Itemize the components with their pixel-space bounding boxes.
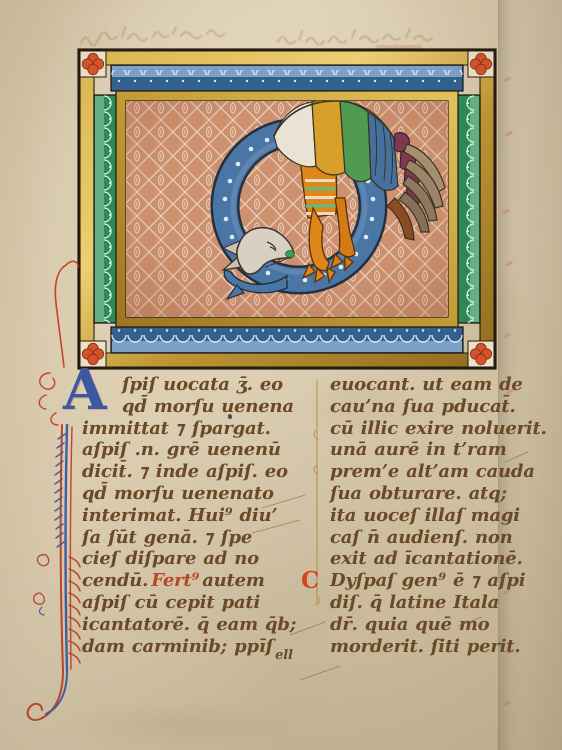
edge-mark <box>505 260 513 266</box>
edge-mark <box>503 700 511 706</box>
ink-blot <box>228 414 232 419</box>
manuscript-line: immittat ⁊ ſpargat. <box>82 418 328 440</box>
manuscript-line: dam carminib; ppīſell <box>82 636 328 658</box>
manuscript-line: qd̄ morſu uenenato <box>82 483 328 505</box>
line-text: Dyſpaſ gen⁹ ē ⁊ aſpi <box>330 570 525 591</box>
edge-mark <box>503 76 511 82</box>
manuscript-line: dicit̄. ⁊ inde aſpiſ. eo <box>82 461 328 483</box>
interlinear-insertion: ell <box>275 648 293 663</box>
asp-miniature <box>77 48 497 370</box>
manuscript-line: cendū.Fert⁹autem <box>82 570 328 592</box>
line-text: autem <box>202 570 265 591</box>
text-column-left: ſpiſ uocata ʒ̄. eo qd̄ morſu uenena immi… <box>82 374 328 657</box>
blue-band-top <box>111 65 463 91</box>
line-text: cendū. <box>82 570 148 591</box>
edge-mark <box>503 332 511 338</box>
manuscript-line: dr̄. quia quē mo <box>330 614 540 636</box>
green-nose <box>286 251 295 258</box>
manuscript-line: unā aurē in t’ram <box>330 439 540 461</box>
manuscript-line: aſpiſ .n. grē uenenū <box>82 439 328 461</box>
manuscript-line: cū illic exire noluerit. <box>330 418 540 440</box>
manuscript-line: cieſ diſpare ad no <box>82 548 328 570</box>
manuscript-line: cau’na ſua pducat̄. <box>330 396 540 418</box>
edge-mark <box>505 130 513 136</box>
manuscript-line: ſua obturare. atq; <box>330 483 540 505</box>
manuscript-line: ita uoceſ illaſ magi <box>330 505 540 527</box>
initial-letter-A: A <box>63 364 106 416</box>
manuscript-line: prem’e alt’am cauda <box>330 461 540 483</box>
manuscript-line: aſpiſ cū cepit pati <box>82 592 328 614</box>
manuscript-line: qd̄ morſu uenena <box>82 396 328 418</box>
manuscript-line: caſ n̄ audienſ. non <box>330 527 540 549</box>
manuscript-line: diſ. q̄ latine Itala <box>330 592 540 614</box>
manuscript-page: A ſpiſ uocata ʒ̄. eo qd̄ morſu uenena im… <box>0 0 562 750</box>
manuscript-line: icantatorē. q̄ eam q̄b; <box>82 614 328 636</box>
manuscript-line: exit ad īcantationē. <box>330 548 540 570</box>
line-text: dam carminib; ppīſ <box>82 636 273 657</box>
manuscript-line: morderit. ſiti perit. <box>330 636 540 658</box>
manuscript-line: ſa ſūt genā. ⁊ ſpe <box>82 527 328 549</box>
manuscript-line: ſpiſ uocata ʒ̄. eo <box>82 374 328 396</box>
manuscript-line: euocant. ut eam de <box>330 374 540 396</box>
text-column-right: euocant. ut eam de cau’na ſua pducat̄. c… <box>330 374 540 657</box>
manuscript-line: interimat. Hui⁹ diu’ <box>82 505 328 527</box>
manuscript-line: CDyſpaſ gen⁹ ē ⁊ aſpi <box>330 570 540 592</box>
edge-mark <box>502 208 510 214</box>
paragraph-mark: C <box>301 567 319 594</box>
blue-band-bottom <box>111 327 463 353</box>
green-band-right <box>458 95 480 323</box>
rubric-word: Fert⁹ <box>151 570 199 591</box>
